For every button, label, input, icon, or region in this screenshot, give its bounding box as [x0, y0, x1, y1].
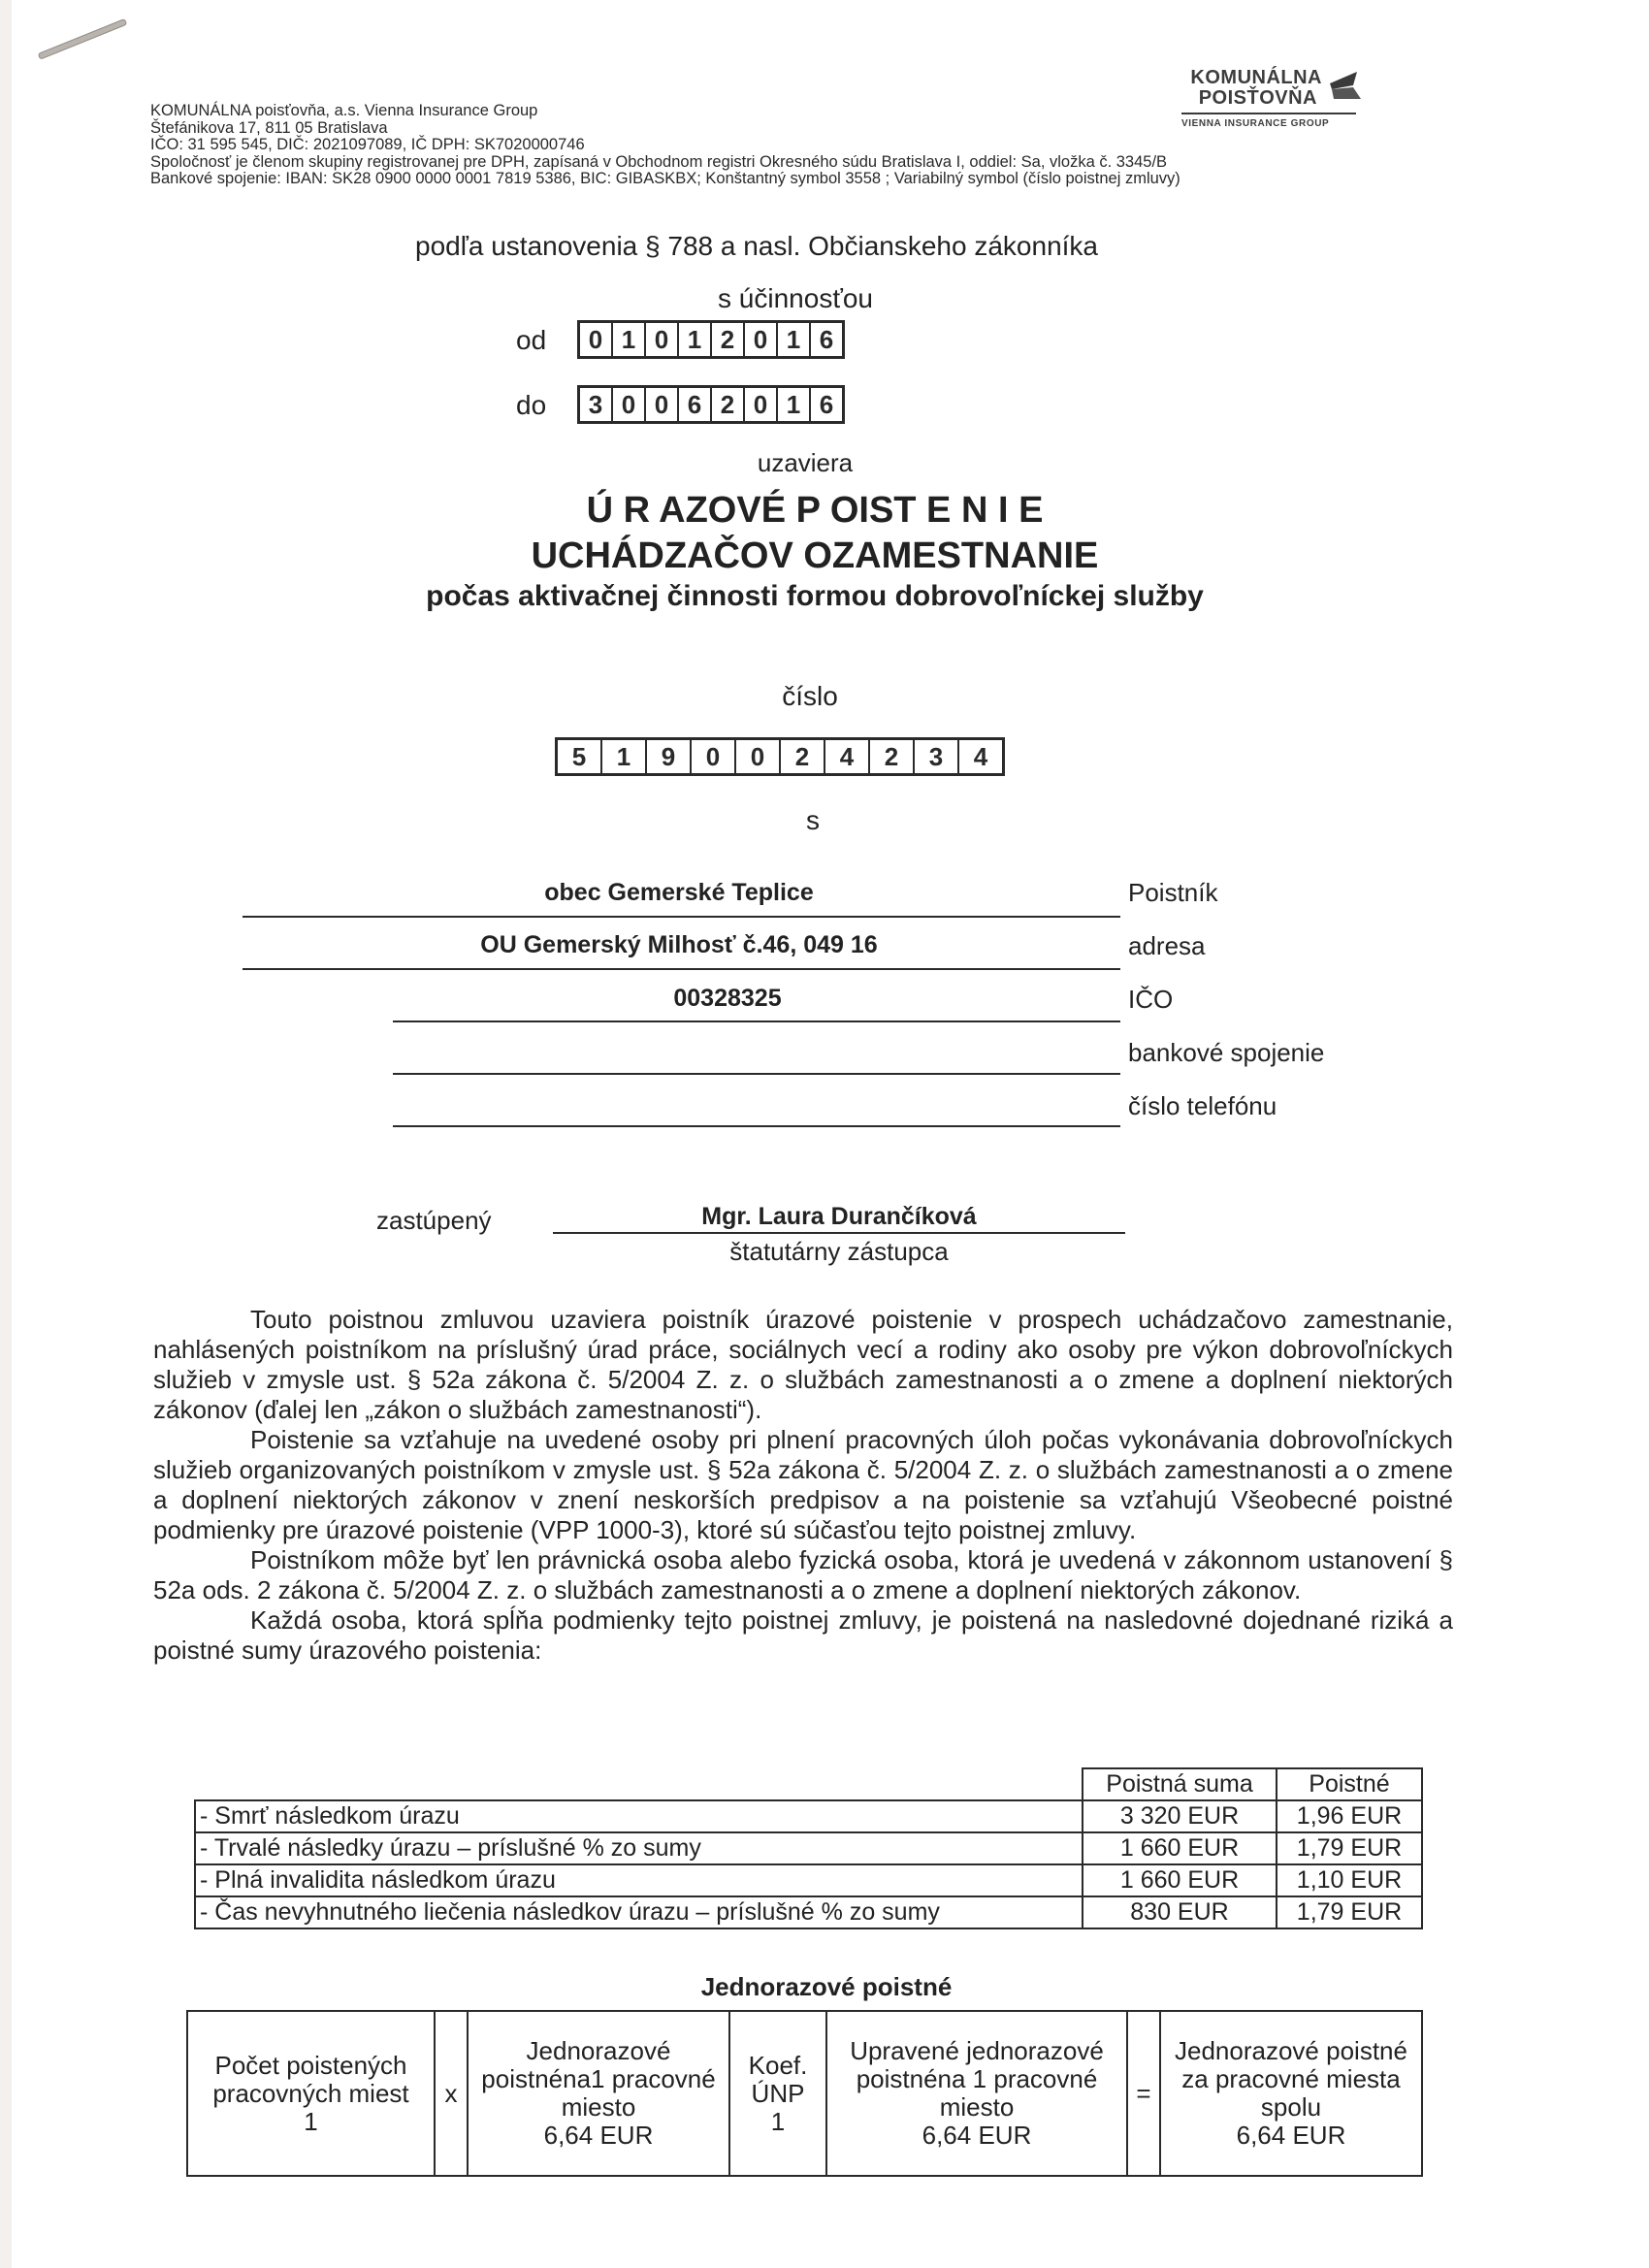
company-line: IČO: 31 595 545, DIČ: 2021097089, IČ DPH… [150, 137, 1180, 154]
digit-cell: 6 [811, 323, 842, 356]
header-premium: Poistné [1277, 1768, 1422, 1800]
digit-cell: 2 [870, 740, 915, 773]
multiply-operator: x [435, 2011, 468, 2176]
equals-operator: = [1127, 2011, 1160, 2176]
calc-row: Počet poistených pracovných miest 1 x Je… [187, 2011, 1422, 2176]
risk-sum: 830 EUR [1083, 1896, 1277, 1928]
risk-name: - Trvalé následky úrazu – príslušné % zo… [195, 1832, 1083, 1864]
cell-label: Počet poistených pracovných miest [192, 2052, 430, 2108]
risk-name: - Smrť následkom úrazu [195, 1800, 1083, 1832]
cell-value: 6,64 EUR [1165, 2122, 1417, 2150]
representative-name: Mgr. Laura Durančíková [553, 1203, 1125, 1231]
risk-premium: 1,79 EUR [1277, 1832, 1422, 1864]
cell-label: Koef. ÚNP [734, 2052, 822, 2108]
table-row: - Čas nevyhnutného liečenia následkov úr… [195, 1896, 1422, 1928]
contract-body: Touto poistnou zmluvou uzaviera poistník… [153, 1305, 1453, 1666]
digit-cell: 0 [613, 388, 646, 421]
digit-cell: 2 [712, 323, 745, 356]
field-underline [393, 1021, 1120, 1022]
adjusted-premium-cell: Upravené jednorazové poistnéna 1 pracovn… [826, 2011, 1127, 2176]
to-label: do [516, 390, 546, 421]
total-premium-cell: Jednorazové poistné za pracovné miesta s… [1160, 2011, 1422, 2176]
company-line: Spoločnosť je členom skupiny registrovan… [150, 154, 1180, 172]
cell-value: 1 [734, 2108, 822, 2136]
premium-per-position-cell: Jednorazové poistnéna1 pracovné miesto 6… [468, 2011, 729, 2176]
digit-cell: 1 [778, 388, 811, 421]
risk-sum: 1 660 EUR [1083, 1832, 1277, 1864]
header-sum: Poistná suma [1083, 1768, 1277, 1800]
document-subtitle: počas aktivačnej činnosti formou dobrovo… [0, 580, 1639, 613]
book-icon [1328, 70, 1363, 103]
digit-cell: 3 [580, 388, 613, 421]
digit-cell: 2 [781, 740, 825, 773]
company-header: KOMUNÁLNA poisťovňa, a.s. Vienna Insuran… [150, 103, 1180, 188]
field-underline [242, 916, 1120, 918]
table-row: - Smrť následkom úrazu 3 320 EUR 1,96 EU… [195, 1800, 1422, 1832]
representative-role: štatutárny zástupca [553, 1237, 1125, 1267]
single-premium-title: Jednorazové poistné [2, 1972, 1649, 2002]
digit-cell: 0 [736, 740, 781, 773]
digit-cell: 1 [613, 323, 646, 356]
number-label: číslo [0, 681, 1634, 712]
concludes-label: uzaviera [0, 448, 1630, 478]
digit-cell: 9 [647, 740, 692, 773]
address-label: adresa [1128, 931, 1206, 961]
single-premium-table: Počet poistených pracovných miest 1 x Je… [186, 2010, 1423, 2177]
cell-label: Jednorazové poistnéna1 pracovné miesto [472, 2037, 725, 2122]
insured-positions-cell: Počet poistených pracovných miest 1 [187, 2011, 435, 2176]
from-label: od [516, 325, 546, 356]
table-row: - Plná invalidita následkom úrazu 1 660 … [195, 1864, 1422, 1896]
phone-label: číslo telefónu [1128, 1091, 1277, 1121]
paragraph: Poistníkom môže byť len právnická osoba … [153, 1545, 1453, 1605]
digit-cell: 0 [745, 323, 778, 356]
table-header-row: Poistná suma Poistné [195, 1768, 1422, 1800]
digit-cell: 2 [712, 388, 745, 421]
bank-label: bankové spojenie [1128, 1038, 1324, 1068]
digit-cell: 1 [778, 323, 811, 356]
header-empty [195, 1768, 1083, 1800]
date-from-field: 01012016 [577, 320, 845, 359]
cell-label: Jednorazové poistné za pracovné miesta s… [1165, 2037, 1417, 2122]
represented-label: zastúpený [376, 1206, 492, 1236]
risk-premium: 1,96 EUR [1277, 1800, 1422, 1832]
field-underline [242, 968, 1120, 970]
policyholder-label: Poistník [1128, 878, 1218, 908]
cell-label: Upravené jednorazové poistnéna 1 pracovn… [831, 2037, 1122, 2122]
table-row: - Trvalé následky úrazu – príslušné % zo… [195, 1832, 1422, 1864]
field-underline [393, 1125, 1120, 1127]
company-logo: KOMUNÁLNA POISŤOVŇA VIENNA INSURANCE GRO… [1181, 68, 1361, 129]
risk-name: - Čas nevyhnutného liečenia následkov úr… [195, 1896, 1083, 1928]
logo-divider [1181, 113, 1356, 114]
digit-cell: 4 [959, 740, 1002, 773]
effective-label: s účinnosťou [0, 283, 1620, 314]
risk-premium: 1,79 EUR [1277, 1896, 1422, 1928]
logo-group-name: VIENNA INSURANCE GROUP [1181, 118, 1361, 129]
policyholder-ico: 00328325 [393, 985, 1062, 1013]
ico-label: IČO [1128, 985, 1173, 1015]
risk-sum: 3 320 EUR [1083, 1800, 1277, 1832]
company-line: KOMUNÁLNA poisťovňa, a.s. Vienna Insuran… [150, 103, 1180, 120]
field-underline [393, 1073, 1120, 1075]
digit-cell: 0 [646, 323, 679, 356]
digit-cell: 0 [580, 323, 613, 356]
paragraph: Touto poistnou zmluvou uzaviera poistník… [153, 1305, 1453, 1425]
risk-sum: 1 660 EUR [1083, 1864, 1277, 1896]
digit-cell: 5 [558, 740, 602, 773]
risk-premium: 1,10 EUR [1277, 1864, 1422, 1896]
document-title-2: UCHÁDZAČOV OZAMESTNANIE [0, 535, 1639, 577]
with-label: s [0, 805, 1637, 836]
document-title: Ú R AZOVÉ P OIST E N I E [0, 490, 1639, 532]
digit-cell: 0 [646, 388, 679, 421]
policyholder-name: obec Gemerské Teplice [242, 879, 1115, 907]
field-underline [553, 1232, 1125, 1234]
scan-edge [0, 0, 12, 2268]
paragraph: Každá osoba, ktorá spĺňa podmienky tejto… [153, 1605, 1453, 1666]
risk-name: - Plná invalidita následkom úrazu [195, 1864, 1083, 1896]
digit-cell: 1 [679, 323, 712, 356]
digit-cell: 1 [602, 740, 647, 773]
cell-value: 6,64 EUR [472, 2122, 725, 2150]
cell-value: 6,64 EUR [831, 2122, 1122, 2150]
digit-cell: 3 [915, 740, 959, 773]
digit-cell: 4 [825, 740, 870, 773]
contract-number-field: 5190024234 [555, 737, 1005, 776]
legal-reference: podľa ustanovenia § 788 a nasl. Občiansk… [0, 231, 1581, 262]
cell-value: 1 [192, 2108, 430, 2136]
risk-table: Poistná suma Poistné - Smrť následkom úr… [194, 1767, 1423, 1929]
paragraph: Poistenie sa vzťahuje na uvedené osoby p… [153, 1425, 1453, 1545]
digit-cell: 6 [811, 388, 842, 421]
digit-cell: 0 [745, 388, 778, 421]
company-line: Štefánikova 17, 811 05 Bratislava [150, 120, 1180, 138]
company-line: Bankové spojenie: IBAN: SK28 0900 0000 0… [150, 171, 1180, 188]
digit-cell: 6 [679, 388, 712, 421]
digit-cell: 0 [692, 740, 736, 773]
policyholder-address: OU Gemerský Milhosť č.46, 049 16 [242, 931, 1115, 959]
coefficient-cell: Koef. ÚNP 1 [729, 2011, 826, 2176]
staple-mark [38, 18, 128, 60]
date-to-field: 30062016 [577, 385, 845, 424]
